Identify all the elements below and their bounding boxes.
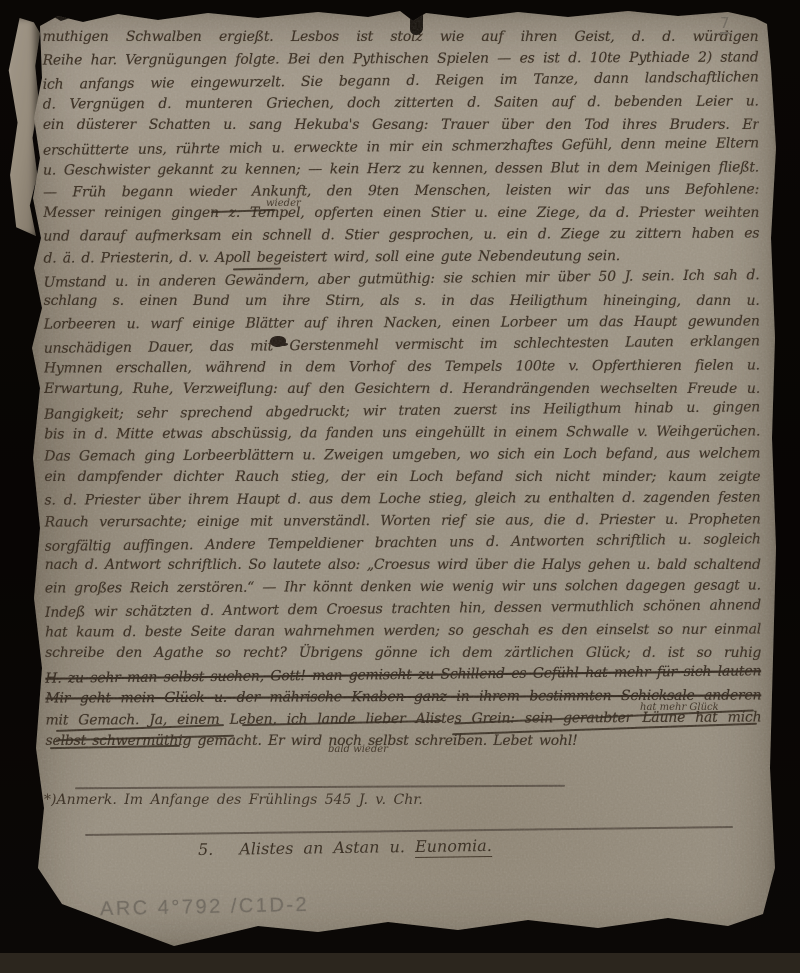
manuscript-line: Das Gemach ging Lorbeerblättern u. Zweig… <box>44 442 760 467</box>
manuscript-lines: muthigen Schwalben ergießt. Lesbos ist s… <box>42 24 761 753</box>
manuscript-line: — Früh begann wieder Ankunft, den 9ten M… <box>43 178 759 203</box>
manuscript-sheet: muthigen Schwalben ergießt. Lesbos ist s… <box>28 8 778 950</box>
page-number-digit: 7 <box>720 14 730 32</box>
footnote-text: *)Anmerk. Im Anfange des Frühlings 545 J… <box>44 792 423 808</box>
section-separator-line <box>85 826 733 836</box>
scanned-manuscript-page: muthigen Schwalben ergießt. Lesbos ist s… <box>0 0 800 973</box>
torn-notch-top-left <box>48 8 76 21</box>
ink-mark-top-edge <box>410 8 423 35</box>
footnote-separator-line <box>75 785 565 790</box>
manuscript-line: schlang s. einen Bund um ihre Stirn, als… <box>44 290 760 312</box>
manuscript-line: s. d. Priester über ihrem Haupt d. aus d… <box>44 486 760 511</box>
pencil-page-number: 7 <box>720 14 730 34</box>
section-title-text: Alistes an Astan u. <box>239 837 415 858</box>
archive-shelfmark: ARC 4°792 /C1D-2 <box>100 894 310 921</box>
section-number: 5. <box>198 840 214 859</box>
scanner-edge-bar <box>0 953 800 973</box>
manuscript-line: muthigen Schwalben ergießt. Lesbos ist s… <box>42 26 758 48</box>
manuscript-line: Messer reinigen gingen z. Tempel, opfert… <box>43 202 759 224</box>
manuscript-line: und darauf aufmerksam ein schnell d. Sti… <box>43 222 759 247</box>
manuscript-line: ein dampfender dichter Rauch stieg, der … <box>44 466 760 488</box>
section-title-name: Eunomia. <box>415 836 492 858</box>
interlinear-insertion: bald wieder <box>328 744 388 755</box>
manuscript-line: selbst schwermüthig gemacht. Er wird noc… <box>46 730 762 752</box>
interlinear-insertion: wieder <box>266 198 301 209</box>
section-title: 5.Alistes an Astan u. Eunomia. <box>198 836 492 859</box>
manuscript-line: nach d. Antwort schriftlich. So lautete … <box>45 554 761 576</box>
page-number-underline <box>720 32 729 34</box>
